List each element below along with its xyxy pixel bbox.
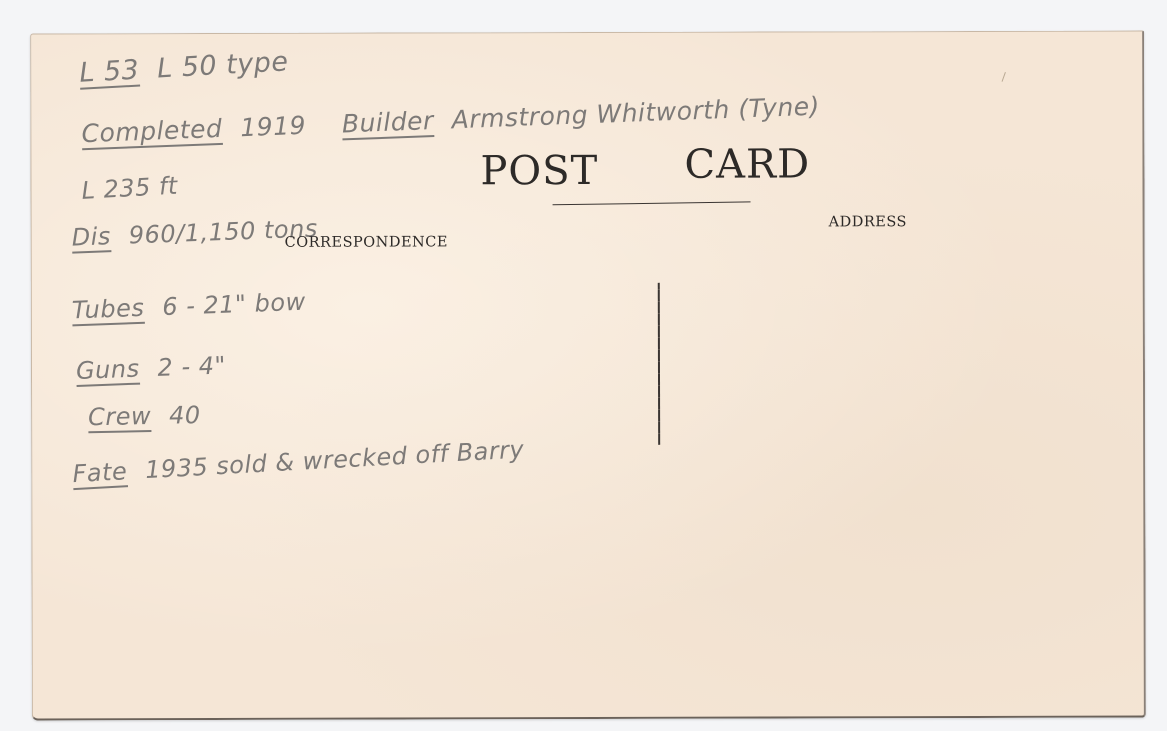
- correspondence-label: CORRESPONDENCE: [285, 234, 448, 250]
- note-value: 2 - 4": [157, 351, 227, 382]
- note-line-crew: Crew40: [88, 401, 201, 431]
- pencil-mark: [1002, 72, 1006, 82]
- note-value: 1919: [240, 111, 307, 142]
- note-value: 6 - 21" bow: [162, 288, 306, 321]
- note-line-completed-builder: Completed1919BuilderArmstrong Whitworth …: [81, 92, 820, 149]
- post-card-title-right: CARD: [684, 141, 810, 187]
- note-label: Dis: [71, 222, 111, 251]
- note-label: Fate: [72, 457, 128, 488]
- note-value: Armstrong Whitworth (Tyne): [451, 92, 820, 135]
- address-label: ADDRESS: [829, 214, 907, 230]
- note-line-guns: Guns2 - 4": [76, 351, 227, 385]
- scan-background: L 53L 50 type Completed1919BuilderArmstr…: [0, 0, 1167, 731]
- center-divider-line: [658, 283, 660, 445]
- note-value: L 50 type: [156, 46, 289, 84]
- note-label: Completed: [81, 114, 223, 148]
- postcard-back: L 53L 50 type Completed1919BuilderArmstr…: [30, 31, 1146, 721]
- title-underline: [553, 201, 751, 205]
- note-value: 1935 sold & wrecked off Barry: [144, 435, 525, 484]
- note-label: Builder: [341, 106, 434, 138]
- note-line-tubes: Tubes6 - 21" bow: [71, 288, 306, 325]
- note-line-fate: Fate1935 sold & wrecked off Barry: [72, 435, 525, 488]
- note-line-displacement: Dis960/1,150 tons: [71, 214, 318, 251]
- note-label: Guns: [76, 355, 141, 385]
- post-card-title-left: POST: [480, 148, 598, 194]
- note-label: Crew: [88, 402, 152, 431]
- note-value: 40: [169, 401, 201, 430]
- note-label: L 235 ft: [81, 172, 179, 205]
- note-line-submarine-class: L 53L 50 type: [78, 46, 289, 88]
- note-label: Tubes: [71, 294, 144, 325]
- note-line-length: L 235 ft: [81, 172, 179, 205]
- note-label: L 53: [78, 55, 140, 89]
